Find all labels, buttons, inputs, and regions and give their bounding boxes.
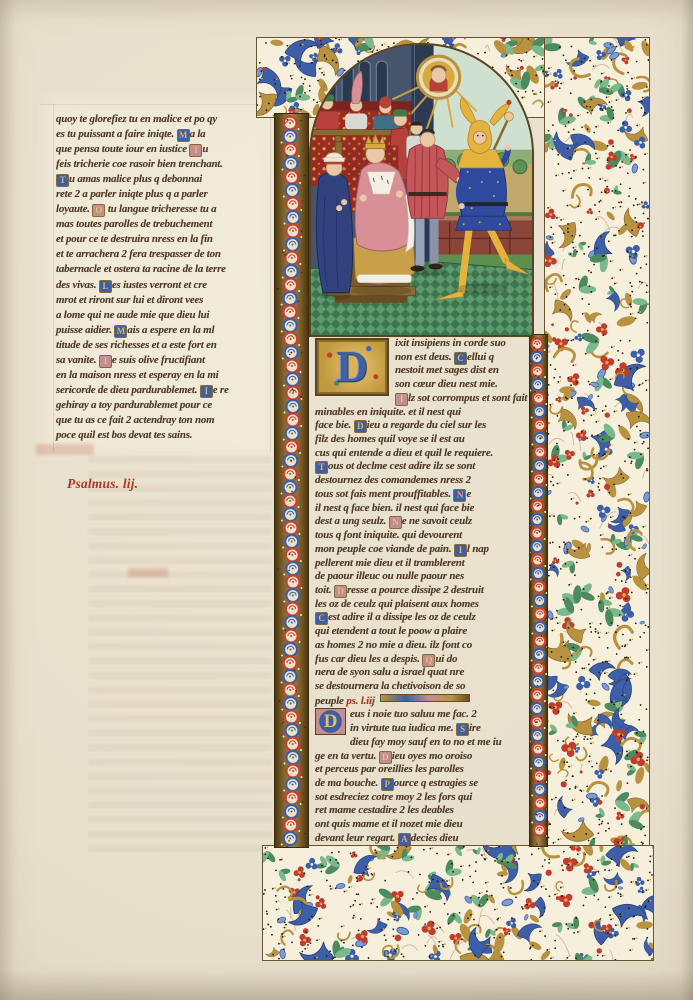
- illuminated-initial: S: [457, 724, 468, 735]
- text-line: face bie. Dieu a regarde du ciel sur les: [315, 419, 528, 433]
- text-line: et te arrachera 2 fera trespasser de ton: [56, 247, 272, 262]
- small-drop-cap-initial: D: [315, 708, 346, 735]
- text-line: que pensa toute iour en iustice Tu: [56, 142, 272, 157]
- illuminated-initial: P: [382, 779, 393, 790]
- text-line: tous sot fais ment prouffitables. Ne: [315, 488, 528, 502]
- show-through-text: [88, 452, 272, 854]
- text-line: se destournera la chetivoison de so: [315, 680, 528, 694]
- text-line: cus qui entende a dieu et quil le requie…: [315, 447, 528, 461]
- text-line: rete 2 a parler iniqte plus q a parler: [56, 187, 272, 202]
- text-line: tabernacle et ostera ta racine de la ter…: [56, 262, 272, 277]
- text-line: Tu amas malice plus q debonnai: [56, 172, 272, 187]
- illuminated-initial: C: [316, 613, 327, 624]
- text-line: qui etendent a tout le poow a plaire: [315, 625, 528, 639]
- illuminated-initial: L: [100, 281, 111, 292]
- text-line: des vivas. Les iustes verront et cre: [56, 278, 272, 293]
- text-line: les oz de ceulz qui plaisent aux homes: [315, 598, 528, 612]
- text-line: Cest adire il a dissipe les oz de ceulz: [315, 611, 528, 625]
- text-line: dieu fay moy sauf en to no et me iu: [315, 736, 528, 750]
- show-through-rubric: [36, 444, 94, 455]
- text-line: dest a ung seulz. Ne ne savoit ceulz: [315, 515, 528, 529]
- text-line: a lome qui ne aude mie que dieu lui: [56, 308, 272, 323]
- text-line: pellerent mie dieu et il tramblerent: [315, 557, 528, 571]
- left-text-column: quoy te glorefiez tu en malice et po qye…: [56, 112, 272, 443]
- right-bar-border: [529, 334, 548, 847]
- manuscript-page-photo: quoy te glorefiez tu en malice et po qye…: [0, 0, 693, 1000]
- illuminated-initial: C: [455, 353, 466, 364]
- text-line: filz des homes quil voye se il est au: [315, 433, 528, 447]
- left-bar-border: [274, 113, 309, 848]
- text-line: es tu puissant a faire iniqte. Ma la: [56, 127, 272, 142]
- show-through-rubric: [128, 568, 168, 577]
- illuminated-initial: D: [380, 752, 391, 763]
- right-floral-border: [544, 37, 650, 850]
- illuminated-initial: T: [57, 175, 68, 186]
- miniature-king-and-fool: [309, 43, 534, 337]
- text-line: gehiray a toy pardurablemet pour ce: [56, 398, 272, 413]
- illuminated-initial: T: [316, 462, 327, 473]
- text-line: puisse aidier. Mais a espere en la ml: [56, 323, 272, 338]
- illuminated-initial: I: [100, 356, 111, 367]
- illuminated-initial: I: [396, 394, 407, 405]
- text-line: mrot et riront sur lui et diront vees: [56, 293, 272, 308]
- text-line: de paour illeuc ou nulle paour nes: [315, 570, 528, 584]
- text-line: fus car dieu les a despis. Qui do: [315, 653, 528, 667]
- text-line: ont quis mame et il nozet mie dieu: [315, 818, 528, 832]
- text-line: feis tricherie coe rasoir bien trenchant…: [56, 157, 272, 172]
- text-line: sa vanite. Ie suis olive fructifiant: [56, 353, 272, 368]
- main-text-column: Dixit insipiens in corde suonon est deus…: [315, 337, 528, 846]
- text-line: peuple ps. l.iij: [315, 694, 528, 709]
- text-line: et pour ce te destruira nress en la fin: [56, 232, 272, 247]
- text-line: sot esdreciez cotre moy 2 les fors qui: [315, 791, 528, 805]
- text-line: loyaute. O tu langue tricheresse tu a: [56, 202, 272, 217]
- illuminated-initial: Q: [423, 655, 434, 666]
- bottom-floral-border: [262, 845, 654, 961]
- text-line: mas toutes parolles de trebuchement: [56, 217, 272, 232]
- illuminated-initial: I: [201, 386, 212, 397]
- text-line: ret mame cestadire 2 les deables: [315, 804, 528, 818]
- text-line: as homes 2 no mie a dieu. ilz font co: [315, 639, 528, 653]
- text-line: eus i noie tuo saluu me fac. 2: [315, 708, 528, 722]
- rubric-psalm-heading: Psalmus. lij.: [67, 476, 138, 492]
- illuminated-initial: O: [93, 205, 104, 216]
- red-rubric-text: ps. l.iij: [346, 695, 374, 707]
- illuminated-initial: D: [335, 586, 346, 597]
- text-line: il nest q face bien. il nest qui face bi…: [315, 502, 528, 516]
- text-line: poce quil est bos devat tes sains.: [56, 428, 272, 443]
- illuminated-initial: N: [390, 517, 401, 528]
- text-line: et perceus par oreillies les parolles: [315, 763, 528, 777]
- text-line: sericorde de dieu pardurablemet. Ie re: [56, 383, 272, 398]
- ruling-line: [53, 104, 54, 452]
- line-filler: [380, 694, 470, 702]
- text-line: que tu as ce fait 2 actendray ton nom: [56, 413, 272, 428]
- text-line: tous q font iniquite. qui devourent: [315, 529, 528, 543]
- text-line: devant leur regart. Adecies dieu: [315, 832, 528, 846]
- text-line: destournez des comandemes nress 2: [315, 474, 528, 488]
- text-line: in virtute tua iudica me. Sire: [315, 722, 528, 736]
- text-line: toit. Dresse a pource dissipe 2 destruit: [315, 584, 528, 598]
- text-line: en la maison nress et esperay en la mi: [56, 368, 272, 383]
- text-line: quoy te glorefiez tu en malice et po qy: [56, 112, 272, 127]
- ruling-line: [40, 104, 272, 105]
- text-line: nera de syon salu a israel quat nre: [315, 666, 528, 680]
- illuminated-initial: D: [355, 421, 366, 432]
- text-line: titude de ses richesses et a este fort e…: [56, 338, 272, 353]
- illuminated-initial: N: [454, 490, 465, 501]
- text-line: minables en iniquite. et il nest qui: [315, 406, 528, 420]
- text-line: ge en ta vertu. Dieu oyes mo oroiso: [315, 750, 528, 764]
- illuminated-initial: T: [190, 145, 201, 156]
- illuminated-initial: A: [399, 834, 410, 845]
- drop-cap-initial: D: [315, 338, 389, 396]
- illuminated-initial: M: [115, 326, 126, 337]
- text-line: de ma bouche. Pource q estragies se: [315, 777, 528, 791]
- illuminated-initial: M: [178, 130, 189, 141]
- text-line: mon peuple coe viande de pain. Il nap: [315, 543, 528, 557]
- illuminated-initial: I: [455, 545, 466, 556]
- text-line: Tous ot declme cest adire ilz se sont: [315, 460, 528, 474]
